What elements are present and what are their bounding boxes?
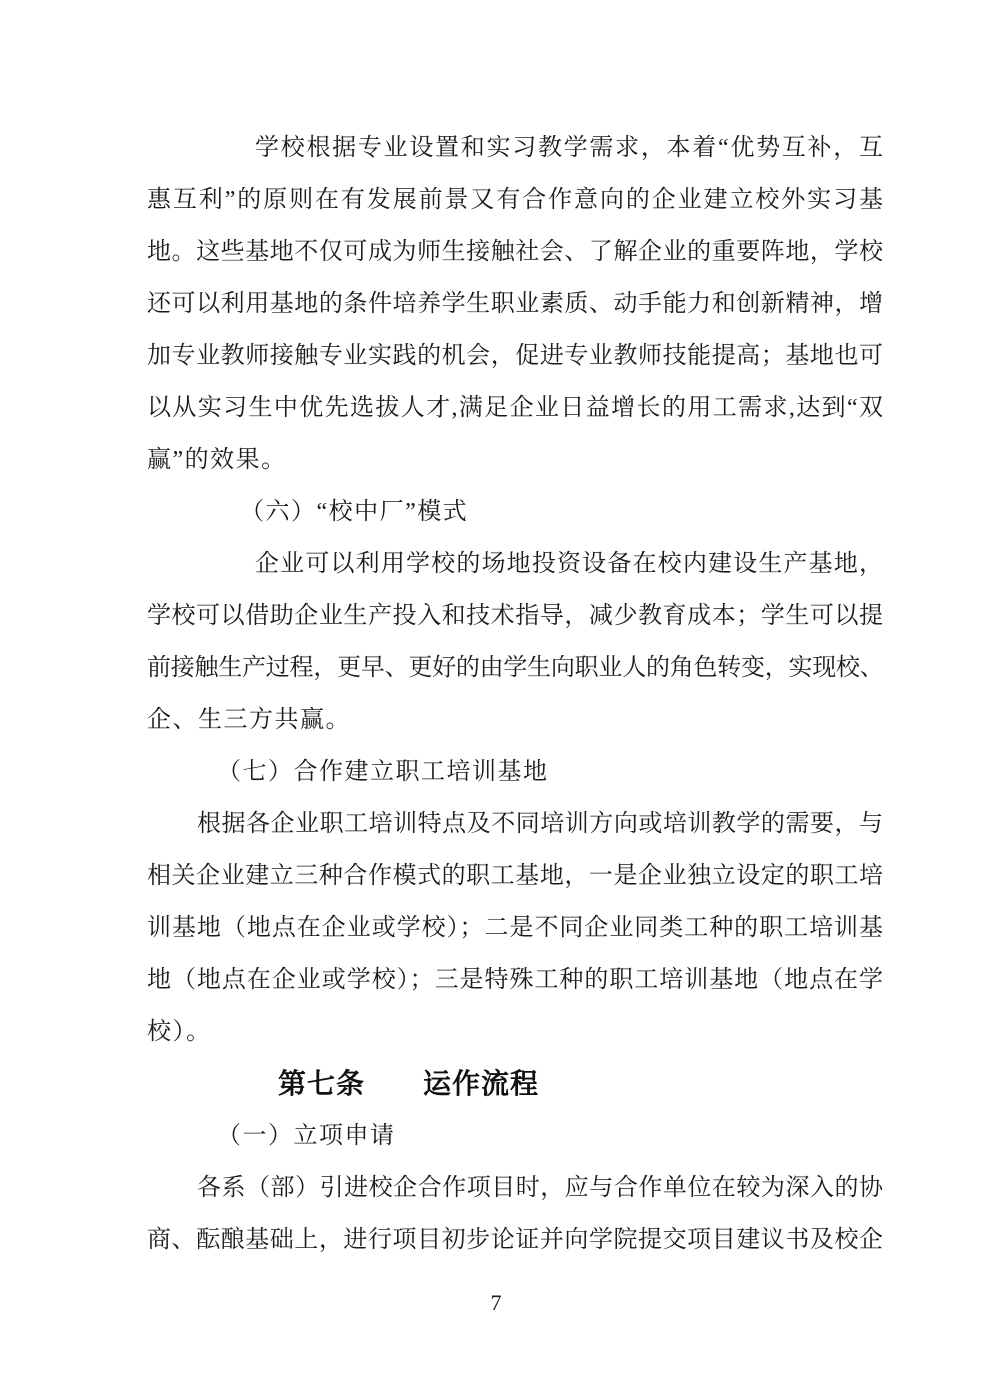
section-heading: 第七条 运作流程 — [147, 1058, 883, 1110]
subsection-label: （六）“校中厂”模式 — [147, 486, 883, 538]
text-line: 根据各企业职工培训特点及不同培训方向或培训教学的需要，与 — [147, 798, 883, 850]
text-line: 校）。 — [147, 1006, 883, 1058]
text-line: 地。这些基地不仅可成为师生接触社会、了解企业的重要阵地，学校 — [147, 226, 883, 278]
page-number: 7 — [0, 1290, 992, 1316]
page-body: 学校根据专业设置和实习教学需求，本着“优势互补，互 惠互利”的原则在有发展前景又… — [147, 122, 883, 1266]
subsection-label: （一）立项申请 — [147, 1110, 883, 1162]
text-line: 商、酝酿基础上，进行项目初步论证并向学院提交项目建议书及校企 — [147, 1214, 883, 1266]
text-line: 企、生三方共赢。 — [147, 694, 883, 746]
text-line: 相关企业建立三种合作模式的职工基地，一是企业独立设定的职工培 — [147, 850, 883, 902]
text-line: 地（地点在企业或学校）；三是特殊工种的职工培训基地（地点在学 — [147, 954, 883, 1006]
text-line: 各系（部）引进校企合作项目时，应与合作单位在较为深入的协 — [147, 1162, 883, 1214]
text-line: 赢”的效果。 — [147, 434, 883, 486]
text-line: 学校可以借助企业生产投入和技术指导，减少教育成本；学生可以提 — [147, 590, 883, 642]
text-line: 学校根据专业设置和实习教学需求，本着“优势互补，互 — [147, 122, 883, 174]
text-line: 惠互利”的原则在有发展前景又有合作意向的企业建立校外实习基 — [147, 174, 883, 226]
text-line: 以从实习生中优先选拔人才,满足企业日益增长的用工需求,达到“双 — [147, 382, 883, 434]
subsection-label: （七）合作建立职工培训基地 — [147, 746, 883, 798]
text-line: 企业可以利用学校的场地投资设备在校内建设生产基地， — [147, 538, 883, 590]
text-line: 加专业教师接触专业实践的机会，促进专业教师技能提高；基地也可 — [147, 330, 883, 382]
text-line: 前接触生产过程，更早、更好的由学生向职业人的角色转变，实现校、 — [147, 642, 883, 694]
text-line: 训基地（地点在企业或学校）；二是不同企业同类工种的职工培训基 — [147, 902, 883, 954]
text-line: 还可以利用基地的条件培养学生职业素质、动手能力和创新精神，增 — [147, 278, 883, 330]
document-page: 学校根据专业设置和实习教学需求，本着“优势互补，互 惠互利”的原则在有发展前景又… — [0, 0, 992, 1398]
